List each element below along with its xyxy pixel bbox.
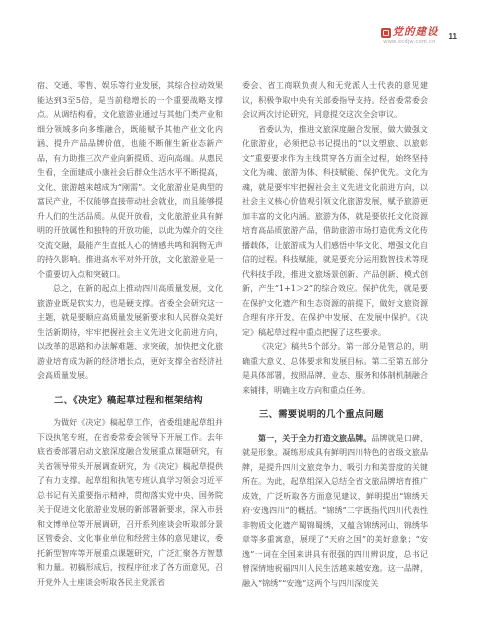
magazine-website-url: www.scdjw.com.cn	[383, 39, 435, 46]
page-header: 党的建设 www.scdjw.com.cn 11	[381, 27, 457, 46]
body-paragraph: 总之，在新的起点上推动四川高质量发展，文化旅游业既是软实力，也是硬支撑。省委全会…	[37, 282, 223, 384]
paragraph-body-text: 品牌就是口碑、就是形象。凝练形成具有鲜明四川特色的省级文旅品牌，是提升四川文旅竞…	[242, 434, 428, 588]
left-text-column: 宿、交通、零售、娱乐等行业发展，其综合拉动效果能达到3至5倍，是当前稳增长的一个…	[37, 79, 223, 590]
body-paragraph: 《决定》稿共5个部分。第一部分是管总的，明确重大意义、总体要求和发展目标。第二至…	[242, 340, 428, 398]
body-paragraph: 委会、省工商联负责人和无党派人士代表的意见建议，积极争取中央有关部委指导支持。经…	[242, 79, 428, 123]
magazine-logo: 党的建设 www.scdjw.com.cn	[381, 27, 439, 46]
section-heading-3: 三、需要说明的几个重点问题	[242, 408, 428, 423]
right-text-column: 委会、省工商联负责人和无党派人士代表的意见建议，积极争取中央有关部委指导支持。经…	[242, 79, 428, 591]
body-paragraph: 省委认为，推进文旅深度融合发展、做大做强文化旅游业，必须把总书记提出的“以文塑旅…	[242, 123, 428, 341]
seal-icon	[381, 28, 391, 38]
body-paragraph: 第一，关于全力打造文旅品牌。品牌就是口碑、就是形象。凝练形成具有鲜明四川特色的省…	[242, 431, 428, 592]
body-paragraph: 宿、交通、零售、娱乐等行业发展，其综合拉动效果能达到3至5倍，是当前稳增长的一个…	[37, 79, 223, 282]
section-heading-2: 二、《决定》稿起草过程和框架结构	[37, 394, 223, 409]
paragraph-lead-phrase: 第一，关于全力打造文旅品牌。	[258, 433, 371, 443]
page-number: 11	[449, 32, 457, 41]
body-paragraph: 为做好《决定》稿起草工作，省委组建起草组并下设执笔专班，在省委常委会领导下开展工…	[37, 416, 223, 590]
magazine-logo-title: 党的建设	[393, 27, 439, 38]
